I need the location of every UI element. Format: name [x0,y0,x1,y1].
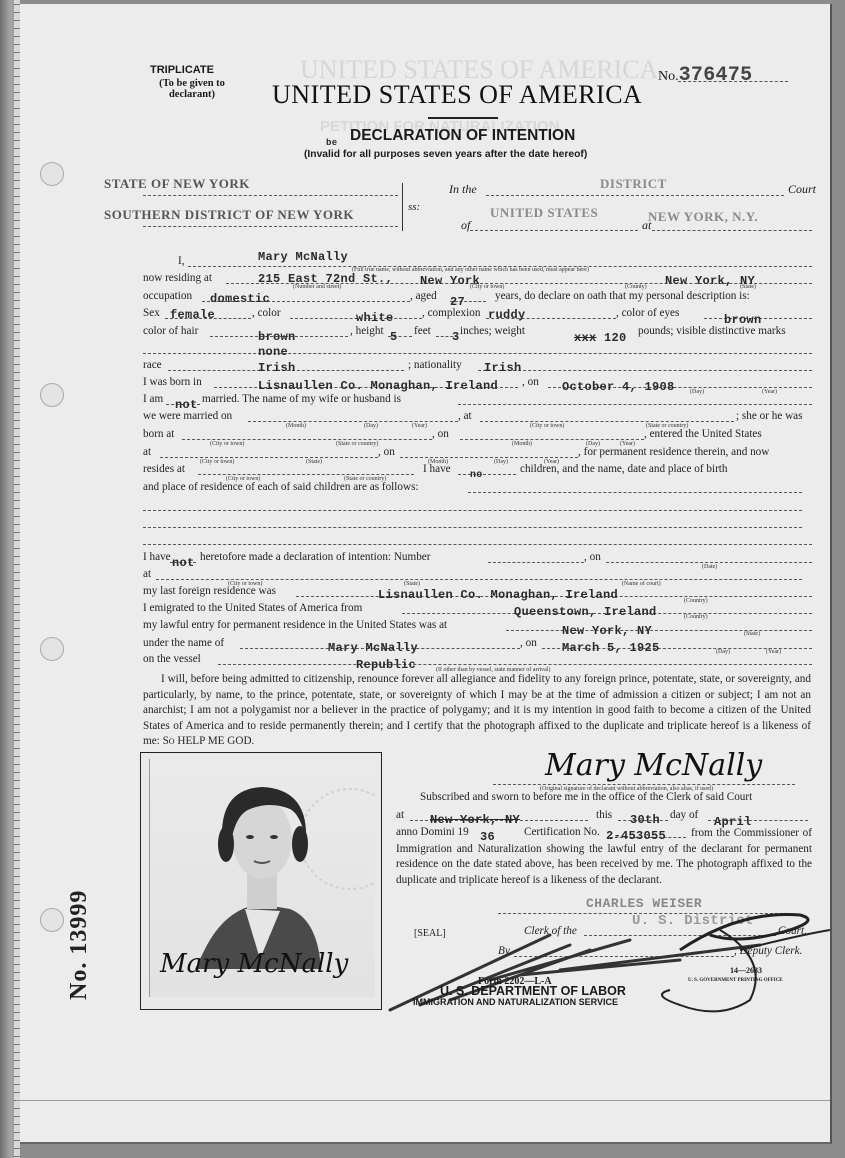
document-title: DECLARATION OF INTENTION [350,127,575,145]
of-label: of [461,218,470,233]
entered-at-label: at [143,446,151,458]
race-value: Irish [258,361,296,375]
document-number-field: No.376475 [658,64,752,87]
court-type: DISTRICT [600,176,667,192]
court-of: UNITED STATES [490,205,598,221]
under-name-label: under the name of [143,637,224,649]
number-prefix: No. [658,69,679,84]
entry-label: my lawful entry for permanent residence … [143,619,447,631]
children-count-line [458,474,516,475]
signature-line [493,784,795,785]
declarant-photo: Mary McNally [149,759,375,997]
state-hint: (State) [404,581,420,587]
spouse-born-line [182,439,432,440]
under-name: Mary McNally [328,641,418,655]
side-number-prefix: No. [66,962,92,1000]
day-hint: (Day) [716,649,730,655]
validity-overtype: be [326,138,337,148]
prev-decl-prefix: I have [143,551,171,563]
printing-office: U. S. GOVERNMENT PRINTING OFFICE [688,978,783,983]
children-text: children, and the name, date and place o… [520,463,728,475]
subscribed-text: Subscribed and sworn to before me in the… [420,791,752,803]
nationality-label: ; nationality [408,359,462,371]
children-line-3 [143,527,802,528]
punch-hole [40,637,64,661]
venue-state: STATE OF NEW YORK [104,176,250,192]
hair-value: brown [258,330,296,344]
declarant-photo-frame: Mary McNally [140,752,382,1010]
spouse-born-label: born at [143,428,174,440]
oath-closing: So HELP ME GOD. [163,735,255,747]
venue-district: SOUTHERN DISTRICT OF NEW YORK [104,207,354,223]
color-label: , color [252,307,281,319]
date-hint: (Date) [702,564,717,570]
department-name: U. S. DEPARTMENT OF LABOR [440,984,626,998]
number-line [678,81,788,82]
prev-decl-number-line [488,562,584,563]
court-at-line [652,230,812,231]
this-label: this [596,809,612,821]
venue-state-line [143,195,398,196]
feet-label: feet [414,325,431,337]
country-title: UNITED STATES OF AMERICA [272,80,642,110]
city-hint: (City or town) [530,423,564,429]
last-foreign-label: my last foreign residence was [143,585,276,597]
married-suffix: married. The name of my wife or husband … [202,393,401,405]
race-label: race [143,359,162,371]
entry-date: March 5, 1925 [562,641,660,655]
declarant-signature: Mary McNally [545,748,762,783]
court-of-line [470,230,638,231]
entry-on-label: , on [520,637,537,649]
i-label: I, [178,255,185,267]
copy-note-line2: declarant) [145,89,239,100]
year-hint: (Year) [766,649,781,655]
year-hint: (Year) [762,389,777,395]
country-hint: (Country) [684,614,708,620]
resides-line [198,474,414,475]
color-value: white [356,311,394,325]
complexion-label: , complexion [422,307,480,319]
vessel-value: Republic [356,658,416,672]
declarant-name: Mary McNally [258,250,348,264]
she-or-he-label: ; she or he was [736,410,803,422]
month-hint: (Month) [286,423,306,429]
country-hint: (Country) [684,598,708,604]
emigrated-label: I emigrated to the United States of Amer… [143,602,362,614]
service-name: IMMIGRATION AND NATURALIZATION SERVICE [413,997,618,1007]
spouse-born-on-label: , on [432,428,449,440]
weight-value: 120 [604,331,627,345]
page-fold-line [16,1100,830,1101]
side-number: No. 13999 [66,890,93,1000]
entry-line [506,630,812,631]
perm-res-label: , for permanent residence therein, and n… [578,446,769,458]
married-prefix: I am [143,393,163,405]
venue-district-line [143,226,398,227]
punch-hole [40,162,64,186]
entered-on-line [400,457,578,458]
last-foreign-value: Lisnaullen Co. Monaghan, Ireland [378,588,618,602]
city-hint: (City or town) [200,459,234,465]
have-label: I have [423,463,451,475]
cert-paragraph: from the Commissioner of Immigration and… [396,826,812,888]
punch-hole [40,908,64,932]
sex-value: female [170,308,215,322]
height-feet: 5 [390,330,398,344]
occupation-label: occupation [143,290,192,302]
side-number-value: 13999 [66,890,92,955]
state-hint: (State) [306,459,322,465]
pounds-label: pounds; visible distinctive marks [638,325,786,337]
entry-port: New York, NY [562,624,652,638]
state-hint: (State) [744,631,760,637]
inches-label: inches; weight [460,325,525,337]
prev-decl-date-line [606,562,812,563]
day-hint: (Day) [364,423,378,429]
eyes-label: , color of eyes [616,307,679,319]
sex-label: Sex [143,307,160,319]
entered-label: , entered the United States [644,428,762,440]
validity-note: (Invalid for all purposes seven years af… [304,149,587,160]
children-text-2: and place of residence of each of said c… [143,481,419,493]
nationality-value: Irish [484,361,522,375]
oath-paragraph: I will, before being admitted to citizen… [143,672,811,750]
height-inches: 3 [452,330,460,344]
entered-on-label: , on [378,446,395,458]
day-hint: (Day) [690,389,704,395]
prev-decl-at: at [143,568,151,580]
height-label: , height [350,325,384,337]
copy-note: (To be given to declarant) [145,78,239,100]
copy-note-line1: (To be given to [145,78,239,89]
photo-signature: Mary McNally [160,949,348,979]
children-line-2 [143,510,802,511]
jurat-day: 30th [630,813,660,827]
children-line-1 [468,492,802,493]
married-at-label: , at [458,410,472,422]
married-on-line [248,421,458,422]
city-hint: (City or town) [210,441,244,447]
vessel-label: on the vessel [143,653,201,665]
year-hint: (Year) [412,423,427,429]
state-country-hint: (State or country) [336,441,378,447]
marks-line [143,353,812,354]
entered-at-line [160,457,378,458]
children-count: no [470,470,483,481]
perforated-edge [14,0,20,1158]
married-on-label: we were married on [143,410,232,422]
prev-decl-at-line [156,579,802,580]
nationality-line [478,370,812,371]
jurat-at-label: at [396,809,404,821]
day-hint: (Day) [494,459,508,465]
printing-code: 14—2633 [730,966,762,975]
children-line-4 [143,544,812,545]
court-name-hint: (Name of court) [622,581,661,587]
birth-on-label: , on [522,376,539,388]
month-hint: (Month) [512,441,532,447]
aged-label: , aged [410,290,437,302]
hair-label: color of hair [143,325,198,337]
document-number: 376475 [679,64,753,87]
prev-decl-status: not [172,556,195,570]
married-at-line [480,421,734,422]
vessel-line [218,664,812,665]
spouse-born-on-line [460,439,644,440]
born-label: I was born in [143,376,202,388]
birth-date: October 4, 1908 [562,380,675,394]
court-at: NEW YORK, N.Y. [648,209,758,225]
residing-label: now residing at [143,272,212,284]
punch-hole [40,383,64,407]
weight-struck: xxx [574,331,597,345]
occupation-value: domestic [210,292,270,306]
ss-label: ss: [408,201,420,213]
copy-type-label: TRIPLICATE [150,64,214,76]
emigrated-from: Queenstown, Ireland [514,605,657,619]
resides-label: resides at [143,463,185,475]
years-text: years, do declare on oath that my person… [495,290,750,302]
marks-value: none [258,345,288,359]
court-label: Court [788,182,816,197]
prev-decl-text: heretofore made a declaration of intenti… [200,551,431,563]
venue-bracket [402,183,403,231]
title-rule [428,117,498,119]
court-type-line [486,195,784,196]
complexion-value: ruddy [488,308,526,322]
spouse-name-line [458,404,812,405]
day-of-label: day of [670,809,698,821]
address-hint: (Number and street) [293,284,341,290]
jurat-place: New York, NY [430,813,520,827]
in-the-label: In the [449,182,477,197]
birthplace-value: Lisnaullen Co. Monaghan, Ireland [258,379,498,393]
prev-decl-on: , on [584,551,601,563]
